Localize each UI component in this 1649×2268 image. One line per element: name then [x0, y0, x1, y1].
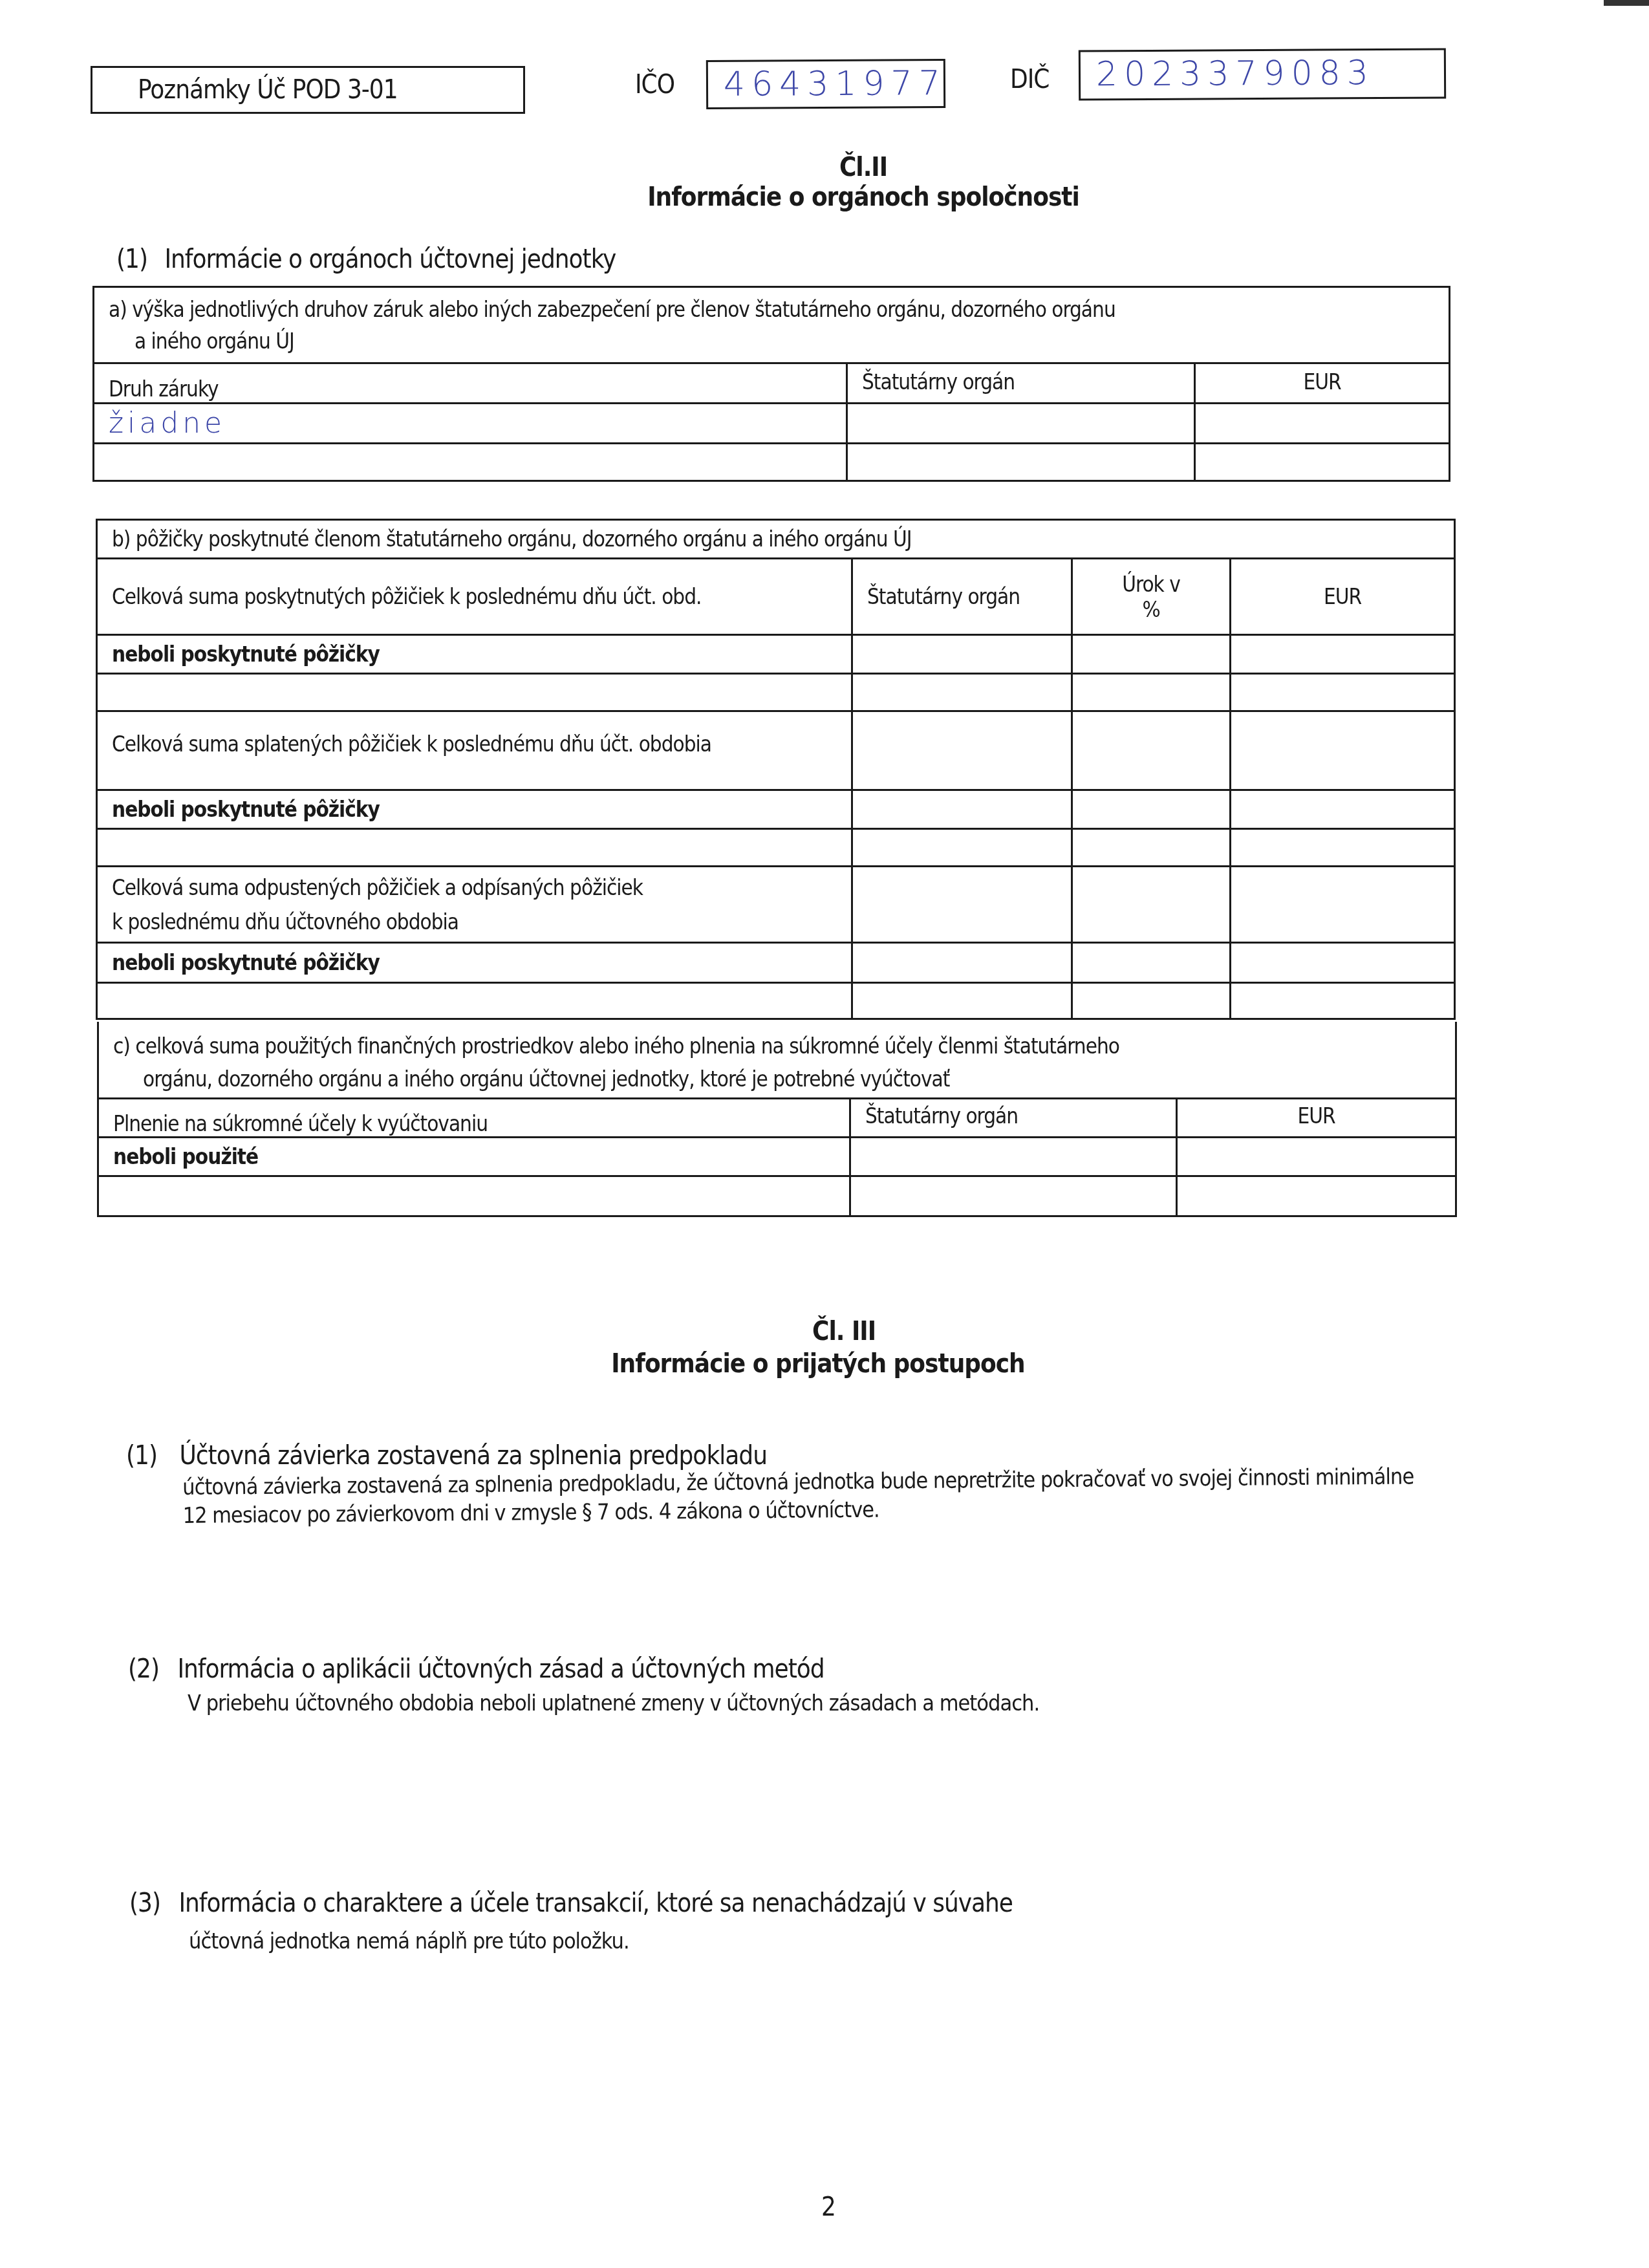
table-row [97, 829, 1455, 867]
table-b-cell[interactable] [1231, 943, 1455, 983]
table-b-heading: b) pôžičky poskytnuté členom štatutárneh… [97, 520, 1455, 559]
item-title: Informácia o charaktere a účele transakc… [178, 1888, 1013, 1918]
table-c-heading-line2: orgánu, dozorného orgánu a iného orgánu … [113, 1066, 1441, 1092]
table-b-cell[interactable] [1231, 674, 1455, 711]
table-c-row-label: neboli použité [98, 1137, 850, 1176]
table-b-cell[interactable] [1231, 829, 1455, 867]
dic-field[interactable]: 2023379083 [1079, 49, 1446, 101]
article3-item-2-body: V priebehu účtovného obdobia neboli upla… [188, 1689, 1039, 1718]
ico-value: 46431977 [724, 64, 947, 104]
table-b-cell[interactable] [1072, 867, 1231, 943]
table-row: neboli použité [98, 1137, 1456, 1176]
table-c-col-statutory: Štatutárny orgán [850, 1098, 1177, 1137]
table-row: Celková suma splatených pôžičiek k posle… [97, 711, 1455, 790]
article3-number: Čl. III [19, 1317, 1649, 1346]
handwritten-entry: žiadne [109, 407, 226, 440]
form-id: Poznámky Úč POD 3-01 [138, 75, 398, 105]
table-b-row-label: neboli poskytnuté pôžičky [97, 790, 852, 829]
article2-number: Čl.II [39, 153, 1649, 182]
row-label-line1: Celková suma odpustených pôžičiek a odpí… [112, 875, 837, 900]
subsection-title: Informácie o orgánoch účtovnej jednotky [164, 244, 616, 274]
article3-item-1-heading: (1) Účtovná závierka zostavená za splnen… [126, 1441, 767, 1471]
table-a-cell[interactable] [847, 444, 1195, 481]
item-title: Informácia o aplikácii účtovných zásad a… [177, 1654, 824, 1684]
article3-item-3-heading: (3) Informácia o charaktere a účele tran… [129, 1888, 1013, 1918]
table-c-heading-line1: c) celková suma použitých finančných pro… [113, 1033, 1441, 1059]
table-a-col-eur: EUR [1195, 363, 1450, 404]
interest-label-line1: Úrok v [1087, 572, 1215, 597]
table-row [94, 444, 1450, 481]
table-b-cell[interactable] [1072, 711, 1231, 790]
subsection-num: (1) [116, 244, 147, 274]
table-b-cell[interactable] [852, 943, 1072, 983]
table-b-cell[interactable] [852, 829, 1072, 867]
table-row [97, 983, 1455, 1019]
table-a-cell[interactable] [1195, 404, 1450, 444]
table-a-col-statutory: Štatutárny orgán [847, 363, 1195, 404]
table-row: Celková suma odpustených pôžičiek a odpí… [97, 867, 1455, 943]
table-a-col-type: Druh záruky [94, 363, 847, 404]
table-a-heading-line1: a) výška jednotlivých druhov záruk alebo… [109, 297, 1434, 322]
table-b-col-eur: EUR [1231, 559, 1455, 635]
table-a-cell[interactable] [847, 404, 1195, 444]
table-c-cell[interactable] [850, 1137, 1177, 1176]
table-a-guarantees: a) výška jednotlivých druhov záruk alebo… [92, 286, 1450, 482]
table-b-row-label: Celková suma splatených pôžičiek k posle… [97, 711, 852, 790]
article3-item-1-body: účtovná závierka zostavená za splnenia p… [182, 1462, 1414, 1530]
table-b-cell[interactable] [852, 983, 1072, 1019]
table-b-row-label: neboli poskytnuté pôžičky [97, 635, 852, 674]
table-row: žiadne [94, 404, 1450, 444]
table-row: neboli poskytnuté pôžičky [97, 943, 1455, 983]
page-number: 2 [821, 2192, 836, 2222]
item-num: (3) [129, 1888, 160, 1918]
item-num: (2) [128, 1654, 159, 1684]
table-b-cell[interactable] [852, 711, 1072, 790]
table-b-row-label[interactable] [97, 983, 852, 1019]
table-row: neboli poskytnuté pôžičky [97, 790, 1455, 829]
table-b-cell[interactable] [1072, 674, 1231, 711]
table-b-row-label: Celková suma odpustených pôžičiek a odpí… [97, 867, 852, 943]
table-a-heading-line2: a iného orgánu ÚJ [109, 329, 1434, 354]
ico-label: IČO [635, 70, 674, 100]
table-a-cell[interactable] [94, 444, 847, 481]
table-row [97, 674, 1455, 711]
table-b-row-label[interactable] [97, 674, 852, 711]
item-num: (1) [126, 1441, 157, 1471]
table-b-row-label: neboli poskytnuté pôžičky [97, 943, 852, 983]
interest-label-line2: % [1087, 597, 1215, 622]
table-c-row-label[interactable] [98, 1176, 850, 1216]
table-b-loans: b) pôžičky poskytnuté členom štatutárneh… [96, 519, 1456, 1020]
article3-title: Informácie o prijatých postupoch [0, 1349, 1643, 1379]
table-c-cell[interactable] [1177, 1176, 1456, 1216]
table-b-cell[interactable] [1072, 790, 1231, 829]
form-id-box: Poznámky Úč POD 3-01 [91, 66, 525, 114]
table-b-cell[interactable] [852, 635, 1072, 674]
table-b-cell[interactable] [1231, 867, 1455, 943]
table-c-col-purpose: Plnenie na súkromné účely k vyúčtovaniu [98, 1098, 850, 1137]
table-b-col-interest: Úrok v % [1072, 559, 1231, 635]
table-a-cell[interactable]: žiadne [94, 404, 847, 444]
article3-item-3-body: účtovná jednotka nemá náplň pre túto pol… [189, 1927, 629, 1956]
table-b-cell[interactable] [852, 790, 1072, 829]
table-b-cell[interactable] [1231, 790, 1455, 829]
table-b-cell[interactable] [852, 674, 1072, 711]
table-b-cell[interactable] [1072, 635, 1231, 674]
ico-field[interactable]: 46431977 [706, 59, 945, 109]
table-a-heading: a) výška jednotlivých druhov záruk alebo… [94, 287, 1450, 363]
article3-item-2-heading: (2) Informácia o aplikácii účtovných zás… [128, 1654, 824, 1684]
table-c-cell[interactable] [1177, 1137, 1456, 1176]
table-c-cell[interactable] [850, 1176, 1177, 1216]
item-title: Účtovná závierka zostavená za splnenia p… [179, 1441, 767, 1471]
table-b-col-statutory: Štatutárny orgán [852, 559, 1072, 635]
table-a-cell[interactable] [1195, 444, 1450, 481]
table-b-cell[interactable] [1072, 983, 1231, 1019]
table-b-cell[interactable] [1072, 943, 1231, 983]
dic-label: DIČ [1010, 65, 1049, 94]
table-b-cell[interactable] [852, 867, 1072, 943]
item-body-line1: V priebehu účtovného obdobia neboli upla… [188, 1689, 1039, 1718]
table-b-row-label[interactable] [97, 829, 852, 867]
table-b-cell[interactable] [1072, 829, 1231, 867]
table-b-col-total-provided: Celková suma poskytnutých pôžičiek k pos… [97, 559, 852, 635]
table-b-cell[interactable] [1231, 635, 1455, 674]
subsection-1-heading: (1) Informácie o orgánoch účtovnej jedno… [116, 244, 616, 274]
table-c-col-eur: EUR [1177, 1098, 1456, 1137]
table-row [98, 1176, 1456, 1216]
table-c-heading: c) celková suma použitých finančných pro… [98, 1022, 1456, 1098]
scan-corner-mark [1604, 0, 1649, 6]
table-b-cell[interactable] [1231, 711, 1455, 790]
dic-value: 2023379083 [1096, 54, 1375, 94]
table-b-cell[interactable] [1231, 983, 1455, 1019]
item-body-line1: účtovná jednotka nemá náplň pre túto pol… [189, 1927, 629, 1956]
table-row: neboli poskytnuté pôžičky [97, 635, 1455, 674]
table-c-private-use: c) celková suma použitých finančných pro… [97, 1022, 1457, 1217]
row-label-line2: k poslednému dňu účtovného obdobia [112, 909, 837, 934]
article2-title: Informácie o orgánoch spoločnosti [39, 182, 1649, 212]
